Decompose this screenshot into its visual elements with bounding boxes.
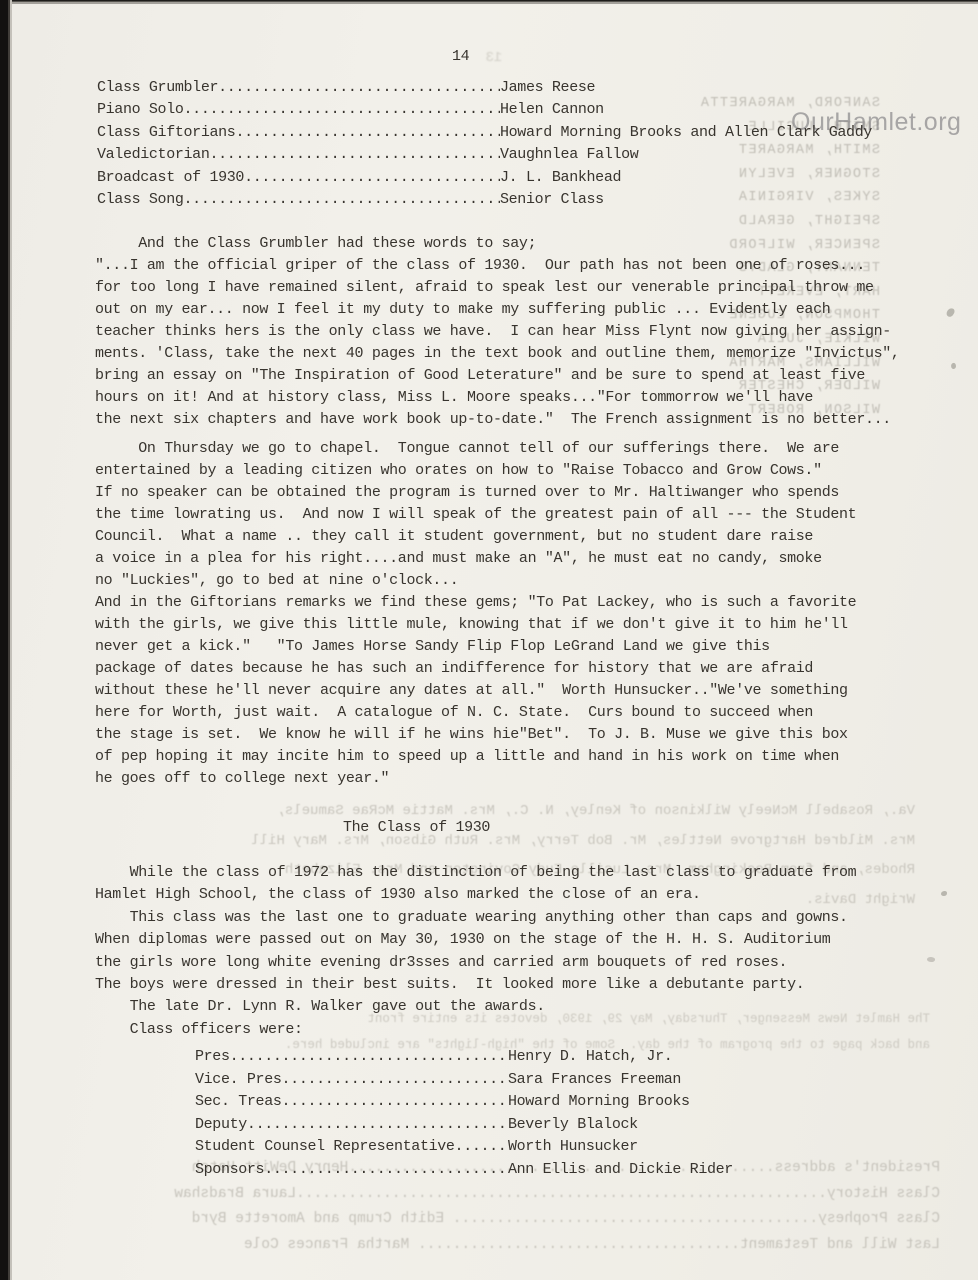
officer-row: Deputy..................................… [195,1114,935,1137]
class-roles-list: Class Grumbler..........................… [97,77,935,211]
class-role-row: Piano Solo..............................… [97,99,935,121]
role-label: Class Song [97,189,184,211]
grumbler-continued-paragraph: On Thursday we go to chapel. Tongue cann… [95,438,935,790]
officer-row: Sponsors................................… [195,1159,935,1182]
class-role-row: Class Song..............................… [97,189,935,211]
dot-leader: ........................................… [264,1159,508,1182]
dot-leader: ........................................… [230,1046,508,1069]
text-line: the stage is set. We know he will if he … [95,724,935,746]
section-heading: The Class of 1930 [343,817,490,839]
text-line: Class officers were: [95,1019,935,1041]
role-value: Senior Class [500,189,604,211]
text-line: The boys were dressed in their best suit… [95,974,935,996]
scanned-document-page: 13 SANFORD, MARGARETTASMITH, LUCILLESMIT… [0,0,978,1280]
text-line: When diplomas were passed out on May 30,… [95,929,935,951]
text-line: And in the Giftorians remarks we find th… [95,592,935,614]
officer-value: Beverly Blalock [508,1114,638,1137]
text-line: This class was the last one to graduate … [95,907,935,929]
officer-label: Vice. Pres [195,1069,282,1092]
bleed-leader-row: Class History...........................… [95,1182,940,1208]
text-line: out on my ear... now I feel it my duty t… [95,299,935,321]
scan-speck [941,891,947,896]
class-role-row: Class Giftorians........................… [97,122,935,144]
class-role-row: Valedictorian...........................… [97,144,935,166]
leader-left: Sec. Treas..............................… [195,1091,508,1114]
leader-left: Class Giftorians........................… [97,122,500,144]
text-line: "...I am the official griper of the clas… [95,255,935,277]
officer-label: Sponsors [195,1159,264,1182]
text-line: he goes off to college next year." [95,768,935,790]
class-role-row: Broadcast of 1930.......................… [97,167,935,189]
bleed-roster-name: SPEIGHT, GERALD [628,210,880,234]
text-line: package of dates because he has such an … [95,658,935,680]
text-line: On Thursday we go to chapel. Tongue cann… [95,438,935,460]
bleed-leader-row: Last Will and Testament.................… [95,1233,940,1259]
text-line: never get a kick." "To James Horse Sandy… [95,636,935,658]
leader-left: Class Grumbler..........................… [97,77,500,99]
text-line: teacher thinks hers is the only class we… [95,321,935,343]
role-label: Class Grumbler [97,77,218,99]
officer-row: Sec. Treas..............................… [195,1091,935,1114]
leader-left: Class Song..............................… [97,189,500,211]
text-line: with the girls, we give this little mule… [95,614,935,636]
dot-leader: ........................................… [282,1091,508,1114]
officer-label: Pres [195,1046,230,1069]
officer-row: Vice. Pres..............................… [195,1069,935,1092]
page-number: 14 [452,46,469,68]
text-line: the girls wore long white evening dr3sse… [95,952,935,974]
dot-leader: ........................................… [184,99,500,121]
role-value: J. L. Bankhead [500,167,621,189]
leader-left: Sponsors................................… [195,1159,508,1182]
text-line: the time lowrating us. And now I will sp… [95,504,935,526]
scan-speck [945,307,955,318]
leader-left: Vice. Pres..............................… [195,1069,508,1092]
bleed-text-line: Va., Rosabell McNeely Wilkinson of Kenle… [108,797,915,827]
role-label: Class Giftorians [97,122,235,144]
class-1930-paragraph: While the class of 1972 has the distinct… [95,862,935,1041]
text-line: ments. 'Class, take the next 40 pages in… [95,343,935,365]
text-line: no "Luckies", go to bed at nine o'clock.… [95,570,935,592]
role-label: Valedictorian [97,144,209,166]
role-value: Helen Cannon [500,99,604,121]
leader-left: Pres....................................… [195,1046,508,1069]
role-value: Vaughnlea Fallow [500,144,638,166]
bleed-text-line: Mrs. Mildred Hartgrove Nettles, Mr. Bob … [108,827,915,857]
text-line: bring an essay on "The Inspiration of Go… [95,365,935,387]
dot-leader: ........................................… [244,167,500,189]
officer-label: Student Counsel Representative [195,1136,455,1159]
dot-leader: ........................................… [247,1114,508,1137]
dot-leader: ........................................… [184,189,500,211]
text-line: While the class of 1972 has the distinct… [95,862,935,884]
dot-leader: ........................................… [455,1136,508,1159]
scan-edge-top [0,0,978,4]
text-line: without these he'll never acquire any da… [95,680,935,702]
role-value: James Reese [500,77,595,99]
leader-left: Student Counsel Representative..........… [195,1136,508,1159]
officer-label: Sec. Treas [195,1091,282,1114]
scan-speck [950,362,956,369]
text-line: the next six chapters and have work book… [95,409,935,431]
leader-left: Broadcast of 1930.......................… [97,167,500,189]
dot-leader: ........................................… [282,1069,508,1092]
officer-row: Student Counsel Representative..........… [195,1136,935,1159]
officer-value: Sara Frances Freeman [508,1069,681,1092]
text-line: a voice in a plea for his right....and m… [95,548,935,570]
bleed-leader-row: Class Prophesy..........................… [95,1207,940,1233]
dot-leader: ........................................… [235,122,500,144]
grumbler-paragraph: And the Class Grumbler had these words t… [95,233,935,431]
text-line: The late Dr. Lynn R. Walker gave out the… [95,996,935,1018]
class-role-row: Class Grumbler..........................… [97,77,935,99]
bleed-page-number-ghost: 13 [486,47,502,69]
text-line: Hamlet High School, the class of 1930 al… [95,884,935,906]
scan-edge-left [0,0,12,1280]
dot-leader: ........................................… [209,144,500,166]
text-line: entertained by a leading citizen who ora… [95,460,935,482]
officer-row: Pres....................................… [195,1046,935,1069]
text-line: hours on it! And at history class, Miss … [95,387,935,409]
text-line: If no speaker can be obtained the progra… [95,482,935,504]
officer-value: Howard Morning Brooks [508,1091,690,1114]
officer-label: Deputy [195,1114,247,1137]
text-line: And the Class Grumbler had these words t… [95,233,935,255]
text-line: for too long I have remained silent, afr… [95,277,935,299]
text-line: of pep hoping it may incite him to speed… [95,746,935,768]
officer-value: Ann Ellis and Dickie Rider [508,1159,733,1182]
leader-left: Valedictorian...........................… [97,144,500,166]
text-line: Council. What a name .. they call it stu… [95,526,935,548]
text-line: here for Worth, just wait. A catalogue o… [95,702,935,724]
officer-value: Henry D. Hatch, Jr. [508,1046,672,1069]
role-label: Piano Solo [97,99,184,121]
role-label: Broadcast of 1930 [97,167,244,189]
class-officers-list: Pres....................................… [195,1046,935,1181]
officer-value: Worth Hunsucker [508,1136,638,1159]
dot-leader: ........................................… [218,77,500,99]
leader-left: Deputy..................................… [195,1114,508,1137]
role-value: Howard Morning Brooks and Allen Clark Ga… [500,122,872,144]
leader-left: Piano Solo..............................… [97,99,500,121]
